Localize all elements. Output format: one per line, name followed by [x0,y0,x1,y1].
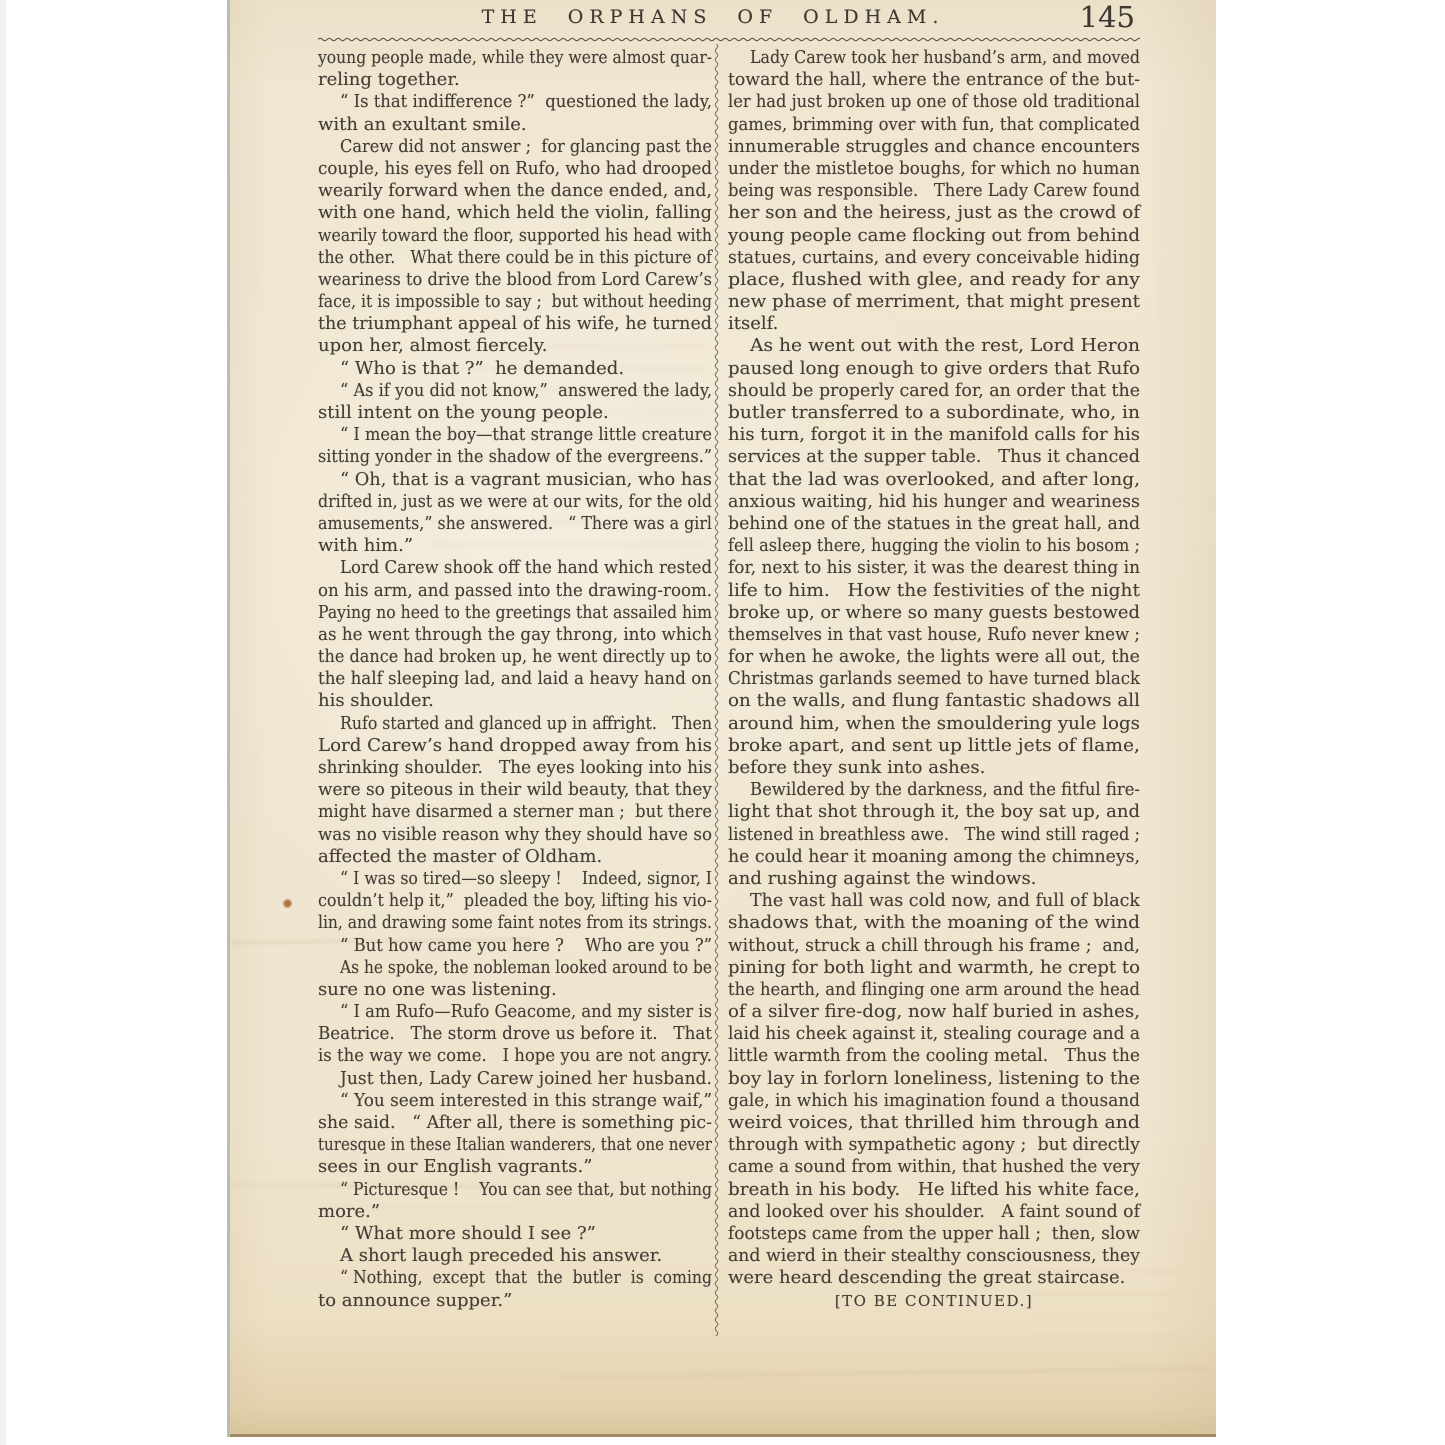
scanner-bed-strip [0,0,6,1445]
text-line: Lady Carew took her husband’s arm, and m… [728,47,1140,69]
text-line: the other. What there could be in this p… [318,247,712,269]
text-line: As he went out with the rest, Lord Heron [728,335,1140,357]
page-number: 145 [1040,0,1135,34]
text-line: A short laugh preceded his answer. [318,1245,712,1267]
text-line: the hearth, and flinging one arm around … [728,979,1140,1001]
text-line: toward the hall, where the entrance of t… [728,69,1140,91]
text-line: on the walls, and flung fantastic shadow… [728,690,1140,712]
text-line: amusements,” she answered. “ There was a… [318,513,712,535]
text-line: broke apart, and sent up little jets of … [728,735,1140,757]
text-line: Lord Carew shook off the hand which rest… [318,557,712,579]
text-line: shadows that, with the moaning of the wi… [728,912,1140,934]
text-line: Bewildered by the darkness, and the fitf… [728,779,1140,801]
text-line: [TO BE CONTINUED.] [728,1290,1140,1312]
text-line: “ I am Rufo—Rufo Geacome, and my sister … [318,1001,712,1023]
text-line: was no visible reason why they should ha… [318,824,712,846]
text-line: wearily forward when the dance ended, an… [318,180,712,202]
text-line: might have disarmed a sterner man ; but … [318,801,712,823]
text-line: couple, his eyes fell on Rufo, who had d… [318,158,712,180]
text-line: upon her, almost fiercely. [318,335,712,357]
text-line: footsteps came from the upper hall ; the… [728,1223,1140,1245]
text-line: “ Picturesque ! You can see that, but no… [318,1179,712,1201]
text-line: “ As if you did not know,” answered the … [318,380,712,402]
text-line: he could hear it moaning among the chimn… [728,846,1140,868]
text-line: through with sympathetic agony ; but dir… [728,1134,1140,1156]
text-line: still intent on the young people. [318,402,712,424]
text-line: itself. [728,313,1140,335]
text-line: his turn, forgot it in the manifold call… [728,424,1140,446]
text-line: the dance had broken up, he went directl… [318,646,712,668]
text-line: for, next to his sister, it was the dear… [728,557,1140,579]
text-line: broke up, or where so many guests bestow… [728,602,1140,624]
page-title: THE ORPHANS OF OLDHAM. [318,6,1108,28]
text-line: with an exultant smile. [318,114,712,136]
text-line: innumerable struggles and chance encount… [728,136,1140,158]
text-line: paused long enough to give orders that R… [728,358,1140,380]
text-line: “ Oh, that is a vagrant musician, who ha… [318,469,712,491]
text-line: “ I was so tired—so sleepy ! Indeed, sig… [318,868,712,890]
wavy-column-divider [712,44,721,1336]
text-line: butler transferred to a subordinate, who… [728,402,1140,424]
text-line: should be properly cared for, an order t… [728,380,1140,402]
scanned-page: THE ORPHANS OF OLDHAM. 145 young people … [0,0,1445,1445]
text-line: laid his cheek against it, stealing cour… [728,1023,1140,1045]
text-line: statues, curtains, and every conceivable… [728,247,1140,269]
text-line: young people came flocking out from behi… [728,225,1140,247]
text-line: The vast hall was cold now, and full of … [728,890,1140,912]
text-line: on his arm, and passed into the drawing-… [318,580,712,602]
rust-stain [283,899,292,908]
text-line: turesque in these Italian wanderers, tha… [318,1134,712,1156]
text-line: Beatrice. The storm drove us before it. … [318,1023,712,1045]
text-line: couldn’t help it,” pleaded the boy, lift… [318,890,712,912]
text-line: “ What more should I see ?” [318,1223,712,1245]
text-line: As he spoke, the nobleman looked around … [318,957,712,979]
text-line: face, it is impossible to say ; but with… [318,291,712,313]
text-line: Carew did not answer ; for glancing past… [318,136,712,158]
text-line: young people made, while they were almos… [318,47,712,69]
text-line: sitting yonder in the shadow of the ever… [318,446,712,468]
text-line: weird voices, that thrilled him through … [728,1112,1140,1134]
text-line: “ Is that indifference ?” questioned the… [318,91,712,113]
text-line: listened in breathless awe. The wind sti… [728,824,1140,846]
text-line: that the lad was overlooked, and after l… [728,469,1140,491]
text-line: the half sleeping lad, and laid a heavy … [318,668,712,690]
text-line: shrinking shoulder. The eyes looking int… [318,757,712,779]
text-line: her son and the heiress, just as the cro… [728,202,1140,224]
text-line: “ Who is that ?” he demanded. [318,358,712,380]
text-line: sure no one was listening. [318,979,712,1001]
text-line: pining for both light and warmth, he cre… [728,957,1140,979]
text-line: without, struck a chill through his fram… [728,935,1140,957]
text-line: being was responsible. There Lady Carew … [728,180,1140,202]
text-line: and looked over his shoulder. A faint so… [728,1201,1140,1223]
text-line: breath in his body. He lifted his white … [728,1179,1140,1201]
text-line: for when he awoke, the lights were all o… [728,646,1140,668]
text-line: gale, in which his imagination found a t… [728,1090,1140,1112]
text-line: fell asleep there, hugging the violin to… [728,535,1140,557]
text-line: lin, and drawing some faint notes from i… [318,912,712,934]
text-line: Paying no heed to the greetings that ass… [318,602,712,624]
text-line: she said. “ After all, there is somethin… [318,1112,712,1134]
text-line: his shoulder. [318,690,712,712]
text-line: games, brimming over with fun, that comp… [728,114,1140,136]
text-line: more.” [318,1201,712,1223]
text-line: Christmas garlands seemed to have turned… [728,668,1140,690]
text-line: “ You seem interested in this strange wa… [318,1090,712,1112]
text-line: and wierd in their stealthy consciousnes… [728,1245,1140,1267]
text-line: to announce supper.” [318,1290,712,1312]
text-line: around him, when the smouldering yule lo… [728,713,1140,735]
text-line: the triumphant appeal of his wife, he tu… [318,313,712,335]
text-line: new phase of merriment, that might prese… [728,291,1140,313]
text-line: themselves in that vast house, Rufo neve… [728,624,1140,646]
text-line: were so piteous in their wild beauty, th… [318,779,712,801]
text-line: place, flushed with glee, and ready for … [728,269,1140,291]
text-line: as he went through the gay throng, into … [318,624,712,646]
text-line: ler had just broken up one of those old … [728,91,1140,113]
text-line: with him.” [318,535,712,557]
text-line: behind one of the statues in the great h… [728,513,1140,535]
wavy-header-rule [318,35,1140,44]
text-line: of a silver fire-dog, now half buried in… [728,1001,1140,1023]
text-line: life to him. How the festivities of the … [728,580,1140,602]
text-line: little warmth from the cooling metal. Th… [728,1045,1140,1067]
text-line: Lord Carew’s hand dropped away from his [318,735,712,757]
text-line: wearily toward the floor, supported his … [318,225,712,247]
text-line: and rushing against the windows. [728,868,1140,890]
text-line: sees in our English vagrants.” [318,1156,712,1178]
text-line: weariness to drive the blood from Lord C… [318,269,712,291]
text-line: light that shot through it, the boy sat … [728,801,1140,823]
text-line: is the way we come. I hope you are not a… [318,1045,712,1067]
text-line: “ Nothing, except that the butler is com… [318,1267,712,1289]
text-line: Just then, Lady Carew joined her husband… [318,1068,712,1090]
text-line: before they sunk into ashes. [728,757,1140,779]
text-line: with one hand, which held the violin, fa… [318,202,712,224]
text-line: were heard descending the great staircas… [728,1267,1140,1289]
left-text-column: young people made, while they were almos… [318,47,712,1312]
text-line: under the mistletoe boughs, for which no… [728,158,1140,180]
text-line: anxious waiting, hid his hunger and wear… [728,491,1140,513]
text-line: drifted in, just as we were at our wits,… [318,491,712,513]
text-line: came a sound from within, that hushed th… [728,1156,1140,1178]
text-line: “ But how came you here ? Who are you ?” [318,935,712,957]
text-line: affected the master of Oldham. [318,846,712,868]
text-line: reling together. [318,69,712,91]
text-line: boy lay in forlorn loneliness, listening… [728,1068,1140,1090]
text-line: services at the supper table. Thus it ch… [728,446,1140,468]
text-line: “ I mean the boy—that strange little cre… [318,424,712,446]
right-text-column: Lady Carew took her husband’s arm, and m… [728,47,1140,1312]
text-line: Rufo started and glanced up in affright.… [318,713,712,735]
